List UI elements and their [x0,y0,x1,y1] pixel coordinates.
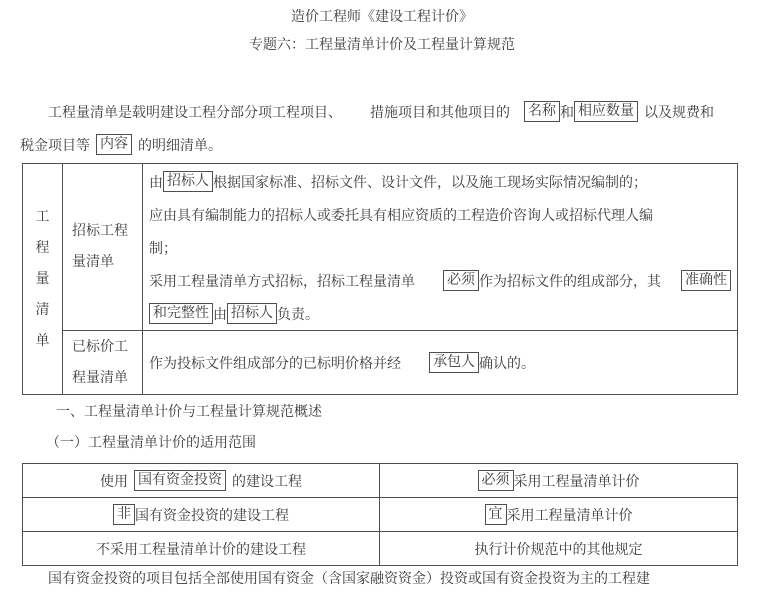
content-line: 制； [149,231,737,264]
table2-row2-left-cell: 非国有资金投资的建设工程 [23,498,380,531]
cell-text: 采用工程量清单方式招标，招标工程量清单 [149,271,415,291]
boxed-term-content: 内容 [96,134,132,155]
table2-row1-left-cell: 使用国有资金投资的建设工程 [23,464,380,497]
cell-text: 使用 [100,471,128,491]
table2-row3-right-cell: 执行计价规范中的其他规定 [380,532,737,565]
boxed-term-state-funded: 国有资金投资 [134,470,226,491]
content-line: 作为投标文件组成部分的已标明价格并经承包人确认的。 [149,346,535,379]
page-title: 造价工程师《建设工程计价》 [0,8,764,28]
content-line: 采用工程量清单方式招标，招标工程量清单必须作为招标文件的组成部分，其准确性 [149,264,737,297]
table-row: 不采用工程量清单计价的建设工程 执行计价规范中的其他规定 [23,531,737,565]
content-line: 由招标人根据国家标准、招标文件、设计文件，以及施工现场实际情况编制的； [149,165,737,198]
cell-text: 作为投标文件组成部分的已标明价格并经 [149,353,401,373]
intro-text: 措施项目和其他项目的 [370,102,510,122]
cell-text: 由 [213,304,227,324]
cell-text: 采用工程量清单计价 [514,471,640,491]
cell-text: 采用工程量清单计价 [507,505,633,525]
table2-row2-right-cell: 宜采用工程量清单计价 [380,498,737,531]
intro-text: 的明细清单。 [138,135,222,155]
table1-vertical-header-cell: 工程量清单 [23,164,63,394]
content-line: 应由具有编制能力的招标人或委托具有相应资质的工程造价咨询人或招标代理人编 [149,198,737,231]
boxed-term-tenderer: 招标人 [163,171,213,192]
footer-paragraph: 国有资金投资的项目包括全部使用国有资金（含国家融资资金）投资或国有资金投资为主的… [20,570,776,590]
table1-vertical-header: 工程量清单 [35,202,51,357]
intro-line-2: 税金项目等内容的明细清单。 [20,128,770,161]
cell-text: 由 [149,172,163,192]
section-heading-2: （一）工程量清单计价的适用范围 [46,434,256,454]
boxed-term-name: 名称 [524,101,560,122]
intro-text: 工程量清单是载明建设工程分部分项工程项目、 [48,102,342,122]
boxed-term-non: 非 [113,504,135,525]
cell-text: 作为招标文件的组成部分，其 [479,271,661,291]
cell-text: 执行计价规范中的其他规定 [475,539,643,559]
table1-row1-label-cell: 招标工程量清单 [63,164,143,330]
table1-row1-content-cell: 由招标人根据国家标准、招标文件、设计文件，以及施工现场实际情况编制的； 应由具有… [143,164,737,330]
document-page: 造价工程师《建设工程计价》 专题六：工程量清单计价及工程量计算规范 工程量清单是… [0,0,780,598]
content-line: 和完整性由招标人负责。 [149,297,737,330]
intro-paragraph: 工程量清单是载明建设工程分部分项工程项目、措施项目和其他项目的名称和相应数量以及… [20,95,770,161]
cell-text: 确认的。 [479,353,535,373]
boxed-term-quantity: 相应数量 [574,101,638,122]
intro-text: 税金项目等 [20,135,90,155]
cell-text: 应由具有编制能力的招标人或委托具有相应资质的工程造价咨询人或招标代理人编 [149,205,653,225]
intro-text: 以及规费和 [644,102,714,122]
cell-text: 的建设工程 [232,471,302,491]
cell-text: 不采用工程量清单计价的建设工程 [96,539,306,559]
cell-text: 国有资金投资的建设工程 [135,505,289,525]
boxed-term-must: 必须 [443,270,479,291]
table2-row1-right-cell: 必须采用工程量清单计价 [380,464,737,497]
intro-line-1: 工程量清单是载明建设工程分部分项工程项目、措施项目和其他项目的名称和相应数量以及… [20,95,770,128]
section-heading-1: 一、工程量清单计价与工程量计算规范概述 [56,403,322,423]
table2-row3-left-cell: 不采用工程量清单计价的建设工程 [23,532,380,565]
page-subtitle: 专题六：工程量清单计价及工程量计算规范 [0,36,764,56]
quantity-list-definition-table: 工程量清单 招标工程量清单 由招标人根据国家标准、招标文件、设计文件，以及施工现… [22,163,738,395]
table-row: 非国有资金投资的建设工程 宜采用工程量清单计价 [23,497,737,531]
table1-row1-label: 招标工程量清单 [72,216,132,278]
boxed-term-must: 必须 [478,470,514,491]
boxed-term-tenderer: 招标人 [227,303,277,324]
boxed-term-advisable: 宜 [485,504,507,525]
boxed-term-completeness: 和完整性 [149,303,213,324]
table-row: 使用国有资金投资的建设工程 必须采用工程量清单计价 [23,464,737,497]
table1-row2-label: 已标价工程量清单 [72,332,132,394]
boxed-term-contractor: 承包人 [429,352,479,373]
cell-text: 根据国家标准、招标文件、设计文件，以及施工现场实际情况编制的； [213,172,647,192]
table-row: 招标工程量清单 由招标人根据国家标准、招标文件、设计文件，以及施工现场实际情况编… [63,164,737,330]
table-row: 已标价工程量清单 作为投标文件组成部分的已标明价格并经承包人确认的。 [63,330,737,394]
cell-text: 制； [149,238,177,258]
cell-text: 负责。 [277,304,319,324]
boxed-term-accuracy: 准确性 [681,270,731,291]
table1-row2-label-cell: 已标价工程量清单 [63,331,143,394]
table1-row2-content-cell: 作为投标文件组成部分的已标明价格并经承包人确认的。 [143,331,737,394]
applicability-table: 使用国有资金投资的建设工程 必须采用工程量清单计价 非国有资金投资的建设工程 宜… [22,463,738,566]
intro-text: 和 [560,102,574,122]
